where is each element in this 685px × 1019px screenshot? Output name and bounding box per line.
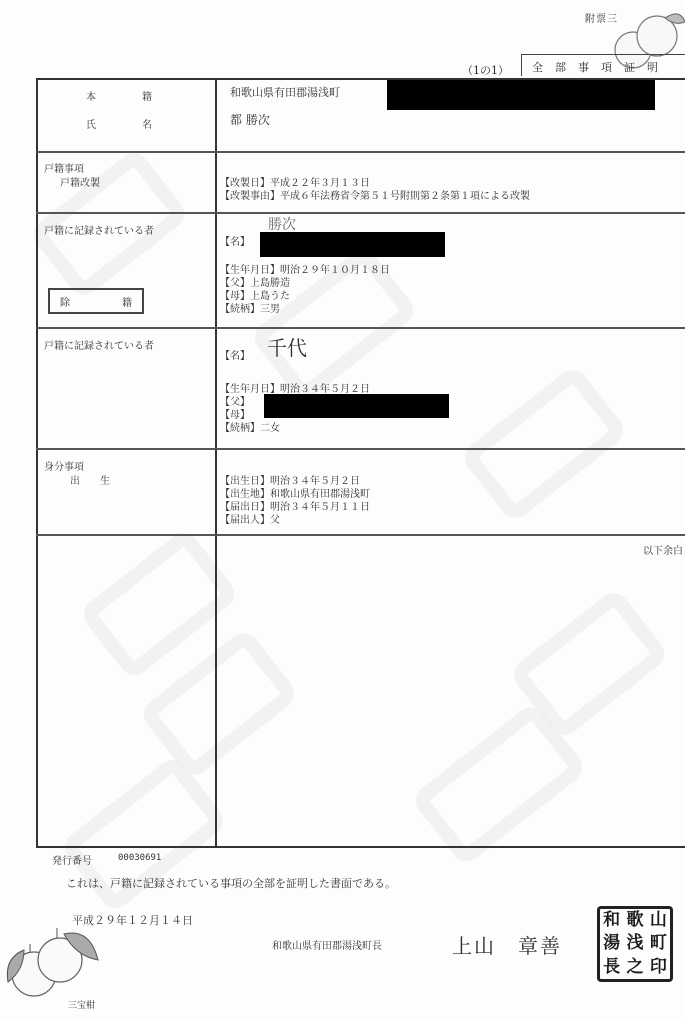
page-count: （1の1） <box>462 62 509 78</box>
person-name-label: 【名】 <box>220 350 250 363</box>
person-name-partial: 勝次 <box>268 219 296 232</box>
person-detail: 【母】 <box>220 409 250 422</box>
mibun-jiko-label: 身分事項 <box>44 458 84 473</box>
column-divider <box>215 78 217 848</box>
honseki-label: 本 籍 <box>86 88 156 103</box>
seal-char: 和 <box>600 912 623 929</box>
row-divider <box>36 212 685 214</box>
mibun-jiko-line: 【出生日】明治３４年５月２日 <box>220 475 360 488</box>
person-name: 千代 <box>267 342 307 355</box>
mibun-jiko-line: 【出生地】和歌山県有田郡湯浅町 <box>220 488 370 501</box>
removed-status-badge: 除 籍 <box>48 288 144 314</box>
seal-char: 浅 <box>623 935 646 952</box>
person-detail: 【母】上島うた <box>220 290 290 303</box>
badge-char: 除 <box>60 294 70 309</box>
seal-char: 湯 <box>600 935 623 952</box>
person-label: 戸籍に記録されている者 <box>44 222 154 237</box>
row-divider <box>36 534 685 536</box>
person-name-label: 【名】 <box>220 236 250 249</box>
certification-statement: これは、戸籍に記録されている事項の全部を証明した書面である。 <box>66 875 396 891</box>
issuer-name: 上山 章善 <box>452 930 562 959</box>
issue-number: 00030691 <box>118 853 161 863</box>
koseki-jiko-sublabel: 戸籍改製 <box>60 174 100 189</box>
shimei-value: 都 勝次 <box>230 114 270 127</box>
seal-char: 長 <box>600 959 623 976</box>
mikan-caption: 三宝柑 <box>68 998 95 1011</box>
mibun-jiko-sublabel: 出 生 <box>70 472 110 487</box>
redaction-bar <box>264 394 449 418</box>
row-divider <box>36 151 685 153</box>
seal-char: 歌 <box>623 912 646 929</box>
row-divider <box>36 327 685 329</box>
seal-char: 町 <box>647 935 670 952</box>
person-detail: 【父】上島勝造 <box>220 277 290 290</box>
koseki-jiko-line: 【改製日】平成２２年３月１３日 <box>220 177 370 190</box>
redaction-bar <box>260 232 445 257</box>
issue-number-label: 発行番号 <box>52 852 92 867</box>
mikan-fruit-icon <box>2 922 102 1002</box>
mibun-jiko-line: 【届出日】明治３４年５月１１日 <box>220 501 370 514</box>
person-label: 戸籍に記録されている者 <box>44 337 154 352</box>
redaction-bar <box>387 80 655 110</box>
koseki-jiko-label: 戸籍事項 <box>44 160 84 175</box>
row-divider <box>36 448 685 450</box>
mibun-jiko-line: 【届出人】父 <box>220 514 280 527</box>
person-detail: 【続柄】二女 <box>220 422 280 435</box>
koseki-jiko-line: 【改製事由】平成６年法務省令第５１号附則第２条第１項による改製 <box>220 190 530 203</box>
person-detail: 【父】 <box>220 396 250 409</box>
seal-char: 山 <box>647 912 670 929</box>
badge-char: 籍 <box>122 294 132 309</box>
issuer-title: 和歌山県有田郡湯浅町長 <box>272 937 382 952</box>
person-detail: 【生年月日】明治２９年１０月１８日 <box>220 264 390 277</box>
shimei-label: 氏 名 <box>86 116 156 131</box>
seal-char: 之 <box>623 959 646 976</box>
official-seal: 和 歌 山 湯 浅 町 長 之 印 <box>597 906 673 982</box>
certificate-type: 全部事項証明 <box>521 54 685 76</box>
seal-char: 印 <box>647 959 670 976</box>
person-detail: 【続柄】三男 <box>220 303 280 316</box>
honseki-value: 和歌山県有田郡湯浅町 <box>230 86 340 99</box>
end-marker: 以下余白 <box>643 545 683 558</box>
